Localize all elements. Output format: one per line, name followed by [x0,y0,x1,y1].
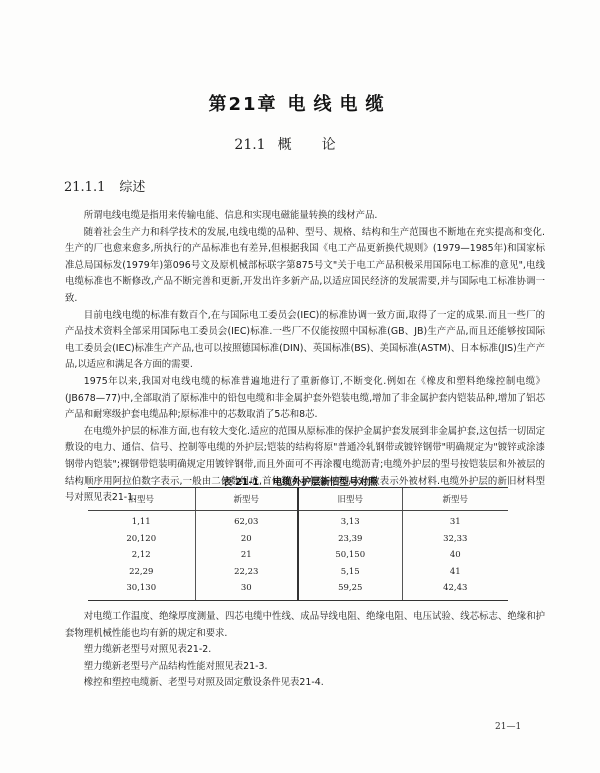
model-comparison-table: 旧型号 新型号 旧型号 新型号 1,11 62,03 3,13 31 20,12… [88,487,508,601]
paragraph: 对电缆工作温度、绝缘厚度测量、四芯电缆中性线、成品导线电阻、绝缘电阻、电压试验、… [65,609,545,642]
header-old-model: 旧型号 [88,488,195,511]
table-cell: 30,130 [88,580,195,600]
header-old-model: 旧型号 [298,488,402,511]
body-text-bottom: 对电缆工作温度、绝缘厚度测量、四芯电缆中性线、成品导线电阻、绝缘电阻、电压试验、… [65,609,545,692]
table-cell: 30 [195,580,298,600]
table-row: 20,120 20 23,39 32,33 [88,531,508,548]
table-row: 1,11 62,03 3,13 31 [88,511,508,531]
table-cell: 23,39 [298,531,402,548]
section-number: 21.1 [234,137,265,153]
table-cell: 40 [402,547,508,564]
chapter-number: 第21章 [208,94,277,115]
table-cell: 31 [402,511,508,531]
table-cell: 20,120 [88,531,195,548]
table-cell: 42,43 [402,580,508,600]
table-cell: 2,12 [88,547,195,564]
paragraph: 橡控和塑控电缆新、老型号对照及固定敷设条件见表21-4. [65,675,545,692]
subsection-title: 21.1.1综述 [64,176,145,195]
page-number: 21—1 [495,722,521,732]
section-title: 21.1概论 [0,134,600,154]
paragraph: 目前电线电缆的标准有数百个,在与国际电工委员会(IEC)的标准协调一致方面,取得… [65,308,545,374]
paragraph: 塑力缆新老型号产品结构性能对照见表21-3. [65,659,545,676]
document-page: 第21章电线电缆 21.1概论 21.1.1综述 所谓电线电缆是指用来传输电能、… [0,0,600,773]
paragraph: 1975年以来,我国对电线电缆的标准普遍地进行了重新修订,不断变化.例如在《橡皮… [65,374,545,424]
table-cell: 3,13 [298,511,402,531]
table-cell: 22,29 [88,564,195,581]
subsection-number: 21.1.1 [64,180,105,195]
body-text-top: 所谓电线电缆是指用来传输电能、信息和实现电磁能量转换的线材产品. 随着社会生产力… [65,208,545,507]
section-name: 概论 [278,137,366,153]
table-cell: 1,11 [88,511,195,531]
paragraph: 所谓电线电缆是指用来传输电能、信息和实现电磁能量转换的线材产品. [65,208,545,225]
paragraph: 塑力缆新老型号对照见表21-2. [65,642,545,659]
table-caption: 表 21-1电缆外护层新旧型号对照 [0,474,600,488]
table-cell: 50,150 [298,547,402,564]
table-row: 2,12 21 50,150 40 [88,547,508,564]
table-cell: 62,03 [195,511,298,531]
table-cell: 21 [195,547,298,564]
chapter-title: 第21章电线电缆 [0,90,600,116]
table-cell: 20 [195,531,298,548]
table-cell: 32,33 [402,531,508,548]
table-cell: 5,15 [298,564,402,581]
table-cell: 22,23 [195,564,298,581]
header-new-model: 新型号 [195,488,298,511]
header-new-model: 新型号 [402,488,508,511]
table-cell: 59,25 [298,580,402,600]
table-cell: 41 [402,564,508,581]
subsection-name: 综述 [119,180,145,195]
table-row: 22,29 22,23 5,15 41 [88,564,508,581]
table-header-row: 旧型号 新型号 旧型号 新型号 [88,488,508,511]
chapter-name: 电线电缆 [288,94,392,115]
paragraph: 随着社会生产力和科学技术的发展,电线电缆的品种、型号、规格、结构和生产范围也不断… [65,225,545,308]
table-row: 30,130 30 59,25 42,43 [88,580,508,600]
